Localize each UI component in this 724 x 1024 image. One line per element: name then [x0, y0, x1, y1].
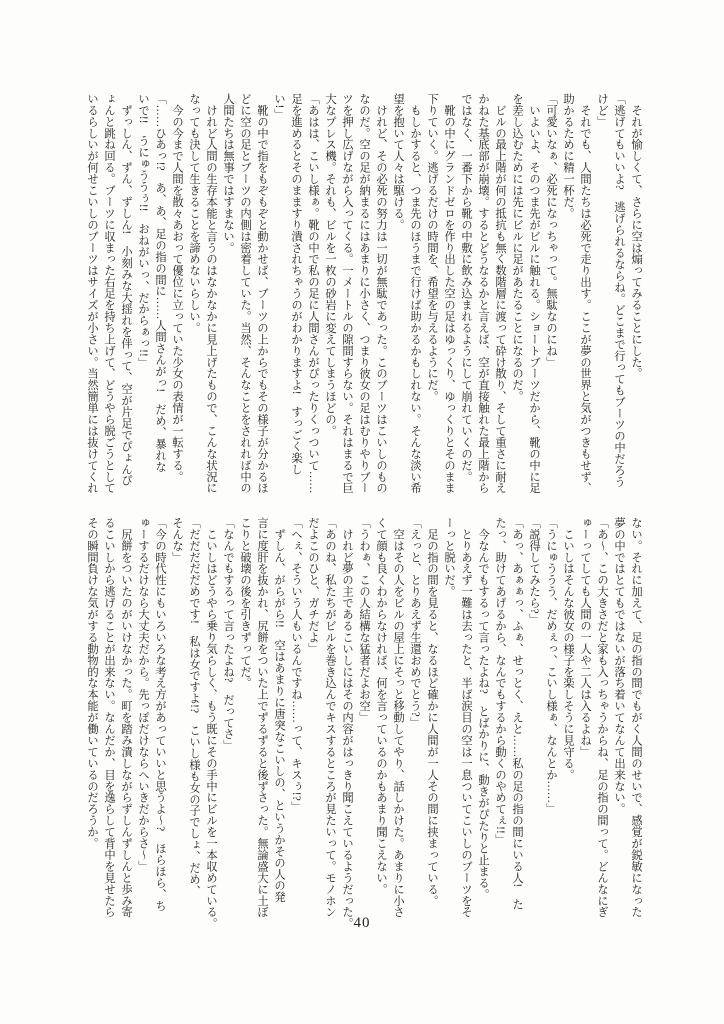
- text-line: その瞬間負けな気がする動物的な本能が働いているのだろうか。: [83, 517, 100, 917]
- text-line: 「あ〜、この大きさだと家も入っちゃうからね、足の指の間って。どんなにぎ: [593, 517, 610, 917]
- text-line: 大なプレス機。それも、ビルを一枚の砂岩に変えてしまうほどの。: [321, 93, 338, 493]
- text-line: 人間たちは無事ではすまない。: [219, 93, 236, 493]
- text-line: こいしはどうやら乗り気らしく、もう既にその手中にビルを一本収めている。: [202, 517, 219, 917]
- text-line: 今なんでもするって言ったよね? とばかりに、動きがぴたりと止まる。: [474, 517, 491, 917]
- text-line: 「へぇ、そういう人もいるんですね……って、キスぅ!?」: [287, 517, 304, 917]
- text-line: そんな」: [168, 517, 185, 917]
- text-line: ょんと跳ね回る。ブーツに収まった右足を持ち上げて、どうやら脱ごうとして: [100, 93, 117, 493]
- text-line: 「今の時代性にもいろいろな考え方があっていいと思うよ〜? ほらほら、ち: [151, 517, 168, 917]
- text-line: ない。それに加えて、足の指の間でもがく人間のせいで、感覚が鋭敏になった: [627, 517, 644, 917]
- text-line: 下りていく。逃げるだけの時間を、希望を与えるようにだ。: [423, 93, 440, 493]
- text-line: 今の今まで人間を散々あおって優位に立っていた少女の表情が一転する。: [168, 93, 185, 493]
- text-line: かねた基底部が崩壊。するとどうなるかと言えば、空が直接触れた最上階から: [474, 93, 491, 493]
- text-line: 助かるために精一杯だ。: [559, 93, 576, 493]
- text-line: 「説得してみたら?」: [525, 517, 542, 917]
- text-line: 夢の中ではとてもではないが落ち着いてなんて出来ない。: [610, 517, 627, 917]
- text-line: 尻餅をついたのがいけなかった。町を踏み潰しながらずしんずしんと歩み寄: [117, 517, 134, 917]
- text-line: とりあえず一難は去ったと、半ば涙目の空は一息ついてこいしのブーツをそ: [457, 517, 474, 917]
- text-line: ずしん、がらがら!! 空はあまりに唐突なこいしの、というかその人の発: [270, 517, 287, 917]
- text-line: 靴の中で指をもぞもぞと動かせば、ブーツの上からでもその様子が分かるほ: [253, 93, 270, 493]
- text-line: ゅーするだけなら大丈夫だから。先っぽだけならへいきだからさ〜」: [134, 517, 151, 917]
- text-line: 「可愛いなぁ、必死になっちゃって。無駄なのにね」: [542, 93, 559, 493]
- text-line: 「あはは、こいし様ぁ。靴の中で私の足に人間さんがぴったりくっついて……: [304, 93, 321, 493]
- page-number: 40: [0, 915, 724, 932]
- text-line: けれど夢の主であるこいしにはその内容がはっきり聞こえているようだった。: [338, 517, 355, 917]
- text-line: 言に度肝を抜かれ、尻餅をついた上でずるずると後ずさった。無論盛大に土ぼ: [253, 517, 270, 917]
- text-line: こりと破壊の後を引きずってだ。: [236, 517, 253, 917]
- text-line: 「うわぁ、この人結構な猛者だよお空」: [355, 517, 372, 917]
- text-line: 「あっ、あぁぁっ、ふぁ、せっとく、えと……私の足の指の間にいる人! た: [508, 517, 525, 917]
- text-line: だよこのひと、ガチだよ」: [304, 517, 321, 917]
- text-line: けれど、その必死の努力は一切が無駄であった。このブーツはこいしのもの: [372, 93, 389, 493]
- text-line: 「うにゅううう、だめぇっ、こいし様ぁ、なんとか……」: [542, 517, 559, 917]
- text-line: いるらしいが何せこいしのブーツはサイズが小さい。当然簡単には抜けてくれ: [83, 93, 100, 493]
- text-line: けれど人間の生存本能と言うのはなかなかに見上げたもので、こんな状況に: [202, 93, 219, 493]
- text-line: たっ、助けてあげるから、なんでもするから動くのやめてぇ!!」: [491, 517, 508, 917]
- text-line: ずっしん、ずん、ずしん! 小刻みな大揺れを伴って、空が片足でぴょんぴ: [117, 93, 134, 493]
- text-line: 空はその人をビルの屋上にそっと移動してやり、話しかけた。あまりに小さ: [389, 517, 406, 917]
- text-block-lower: ない。それに加えて、足の指の間でもがく人間のせいで、感覚が鋭敏になった夢の中では…: [83, 517, 644, 917]
- text-line: いよいよ、そのつま先がビルに触れる。ショートブーツだから、靴の中に足: [525, 93, 542, 493]
- text-line: 「なんでもするって言ったよね? だってさ」: [219, 517, 236, 917]
- novel-page: それが愉しくて、さらに空は煽ってみることにした。「逃げてもいいよ? 逃げられるな…: [0, 0, 724, 1024]
- text-line: なのだ。空の足が納まるにはあまりに小さく、つまり彼女の足はむりやりブー: [355, 93, 372, 493]
- text-line: 「あのね、私たちがビルを巻き込んでキスするところが見たいって。モノホン: [321, 517, 338, 917]
- text-line: けど」: [593, 93, 610, 493]
- text-line: どに空の足とブーツの内側は密着していた。当然、そんなことをされれば中の: [236, 93, 253, 493]
- text-line: それでも、人間たちは必死で走り出す。ここが夢の世界と気がつきもせず、: [576, 93, 593, 493]
- text-line: ビルの最上階が何の抵抗も無く数階層に渡って砕け散り、そして重さに耐え: [491, 93, 508, 493]
- text-line: 「逃げてもいいよ? 逃げられるならね。どこまで行ってもブーツの中だろう: [610, 93, 627, 493]
- text-line: いで!! うにゅううぅ!! おねがいっ、だからぁっ!!」: [134, 93, 151, 493]
- text-line: 「えっと、とりあえず生還おめでとう?」: [406, 517, 423, 917]
- text-line: ツを押し広げながら入ってくる。一メートルの隙間すらない。それはまるで巨: [338, 93, 355, 493]
- text-line: るこいしから逃げることが出来ない。なんだか、目を逸らして背中を見せたら: [100, 517, 117, 917]
- text-line: 「……ひあっ!? あ、あ、足の指の間に……人間さんがっ! だめ、暴れな: [151, 93, 168, 493]
- text-block-upper: それが愉しくて、さらに空は煽ってみることにした。「逃げてもいいよ? 逃げられるな…: [83, 93, 644, 493]
- text-line: ではなく、一番下から靴の中敷に飲み込まれるようにして崩れていくのだ。: [457, 93, 474, 493]
- text-line: ゅーってしても人間の一人や二人は入るよね」: [576, 517, 593, 917]
- text-line: 足の指の間を見ると、なるほど確かに人間が一人その間に挟まっている。: [423, 517, 440, 917]
- text-line: なっても決して生きることを諦めないらしい。: [185, 93, 202, 493]
- text-line: 「だだだだだめです! 私は女ですよ!? こいし様も女の子でしょ、だめ、: [185, 517, 202, 917]
- text-line: 靴の中にグランドゼロを作り出した空の足はゆっくり、ゆっくりとそのまま: [440, 93, 457, 493]
- text-line: こいしはそんな彼女の様子を楽しそうに見守る。: [559, 517, 576, 917]
- text-line: 足を進めるとそのまますり潰されちゃうのがわかりますよ! すっごく楽し: [287, 93, 304, 493]
- text-line: を差し込むためには先にビルに足があたることになるのだ。: [508, 93, 525, 493]
- text-line: い!」: [270, 93, 287, 493]
- text-line: もしかすると、つま先のほうまで行けば助かるかもしれない。そんな淡い希: [406, 93, 423, 493]
- text-line: くて顔も良くわからなければ、何を言っているのかもあまり聞こえない。: [372, 517, 389, 917]
- text-line: 望を抱いて人々は駆ける。: [389, 93, 406, 493]
- text-line: ーっと脱いだ。: [440, 517, 457, 917]
- text-line: それが愉しくて、さらに空は煽ってみることにした。: [627, 93, 644, 493]
